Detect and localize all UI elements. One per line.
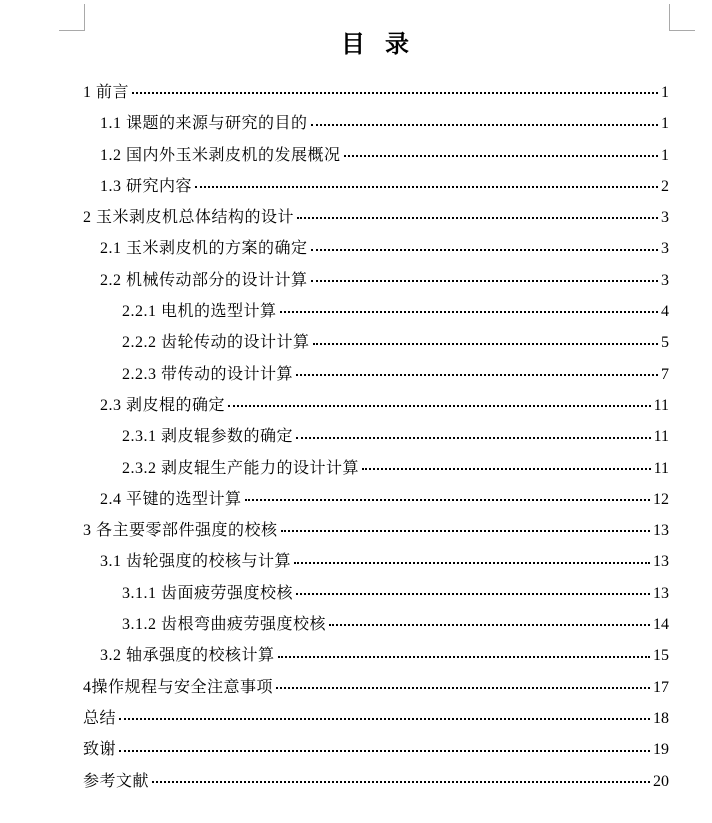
toc-page-number: 11 [654,390,669,421]
toc-entry[interactable]: 1 前言1 [83,77,669,108]
toc-page-number: 3 [661,202,669,233]
toc-page-number: 15 [653,640,669,671]
toc-entry[interactable]: 3.1 齿轮强度的校核与计算13 [83,546,669,577]
toc-page-number: 13 [653,546,669,577]
toc-dot-leader [344,140,658,157]
toc-entry[interactable]: 致谢19 [83,734,669,765]
toc-entry-label: 3.2 轴承强度的校核计算 [100,640,275,671]
toc-entry[interactable]: 2.3.2 剥皮辊生产能力的设计计算11 [83,453,669,484]
toc-entry-label: 4操作规程与安全注意事项 [83,672,273,703]
toc-dot-leader [119,703,650,720]
toc-dot-leader [311,265,658,282]
toc-page-number: 3 [661,265,669,296]
document-page: 目 录 1 前言11.1 课题的来源与研究的目的11.2 国内外玉米剥皮机的发展… [0,0,712,823]
toc-list: 1 前言11.1 课题的来源与研究的目的11.2 国内外玉米剥皮机的发展概况11… [83,77,669,797]
toc-dot-leader [297,202,658,219]
toc-dot-leader [228,390,651,407]
toc-entry-label: 3.1.1 齿面疲劳强度校核 [122,578,293,609]
toc-entry[interactable]: 2.2.3 带传动的设计计算7 [83,359,669,390]
toc-dot-leader [276,672,650,689]
toc-dot-leader [278,640,650,657]
toc-entry[interactable]: 2.2.2 齿轮传动的设计计算5 [83,327,669,358]
toc-entry[interactable]: 2.1 玉米剥皮机的方案的确定3 [83,233,669,264]
toc-page-number: 13 [653,515,669,546]
toc-entry[interactable]: 2.2.1 电机的选型计算4 [83,296,669,327]
toc-entry-label: 2.2 机械传动部分的设计计算 [100,265,308,296]
margin-crop-mark-top-left [59,4,85,31]
toc-dot-leader [296,359,658,376]
toc-page-number: 2 [661,171,669,202]
toc-entry-label: 2.3.1 剥皮辊参数的确定 [122,421,293,452]
toc-entry-label: 2.2.1 电机的选型计算 [122,296,277,327]
toc-entry-label: 致谢 [83,734,116,765]
toc-entry[interactable]: 2.3.1 剥皮辊参数的确定11 [83,421,669,452]
toc-dot-leader [119,734,650,751]
toc-entry-label: 总结 [83,703,116,734]
toc-entry[interactable]: 1.3 研究内容2 [83,171,669,202]
toc-entry-label: 2.3.2 剥皮辊生产能力的设计计算 [122,453,359,484]
margin-crop-mark-top-right [669,4,695,31]
toc-entry-label: 1.3 研究内容 [100,171,192,202]
toc-entry[interactable]: 参考文献20 [83,766,669,797]
toc-dot-leader [296,578,650,595]
toc-page-number: 1 [661,77,669,108]
toc-page-number: 18 [653,703,669,734]
toc-entry[interactable]: 2.2 机械传动部分的设计计算3 [83,265,669,296]
toc-page-number: 5 [661,327,669,358]
toc-page-number: 4 [661,296,669,327]
toc-entry[interactable]: 2.3 剥皮棍的确定11 [83,390,669,421]
toc-entry-label: 2 玉米剥皮机总体结构的设计 [83,202,294,233]
toc-title: 目 录 [0,0,712,58]
toc-page-number: 20 [653,766,669,797]
toc-dot-leader [329,609,650,626]
toc-page-number: 17 [653,672,669,703]
toc-entry-label: 2.4 平键的选型计算 [100,484,242,515]
toc-entry-label: 1.2 国内外玉米剥皮机的发展概况 [100,140,341,171]
toc-entry[interactable]: 总结18 [83,703,669,734]
toc-dot-leader [245,484,650,501]
toc-page-number: 19 [653,734,669,765]
toc-entry[interactable]: 2 玉米剥皮机总体结构的设计3 [83,202,669,233]
toc-page-number: 3 [661,233,669,264]
toc-entry[interactable]: 3.2 轴承强度的校核计算15 [83,640,669,671]
toc-entry-label: 2.2.3 带传动的设计计算 [122,359,293,390]
toc-page-number: 1 [661,108,669,139]
toc-entry[interactable]: 1.2 国内外玉米剥皮机的发展概况1 [83,140,669,171]
toc-dot-leader [311,108,658,125]
toc-entry[interactable]: 4操作规程与安全注意事项17 [83,672,669,703]
toc-page-number: 11 [654,421,669,452]
toc-entry-label: 3 各主要零部件强度的校核 [83,515,278,546]
toc-entry-label: 2.3 剥皮棍的确定 [100,390,225,421]
toc-page-number: 11 [654,453,669,484]
toc-dot-leader [311,233,658,250]
toc-entry[interactable]: 3 各主要零部件强度的校核13 [83,515,669,546]
toc-entry[interactable]: 1.1 课题的来源与研究的目的1 [83,108,669,139]
toc-page-number: 12 [653,484,669,515]
toc-dot-leader [281,515,650,532]
toc-entry-label: 1 前言 [83,77,129,108]
toc-entry-label: 3.1.2 齿根弯曲疲劳强度校核 [122,609,326,640]
toc-entry-label: 参考文献 [83,766,149,797]
toc-entry[interactable]: 3.1.1 齿面疲劳强度校核13 [83,578,669,609]
toc-entry-label: 1.1 课题的来源与研究的目的 [100,108,308,139]
toc-entry[interactable]: 3.1.2 齿根弯曲疲劳强度校核14 [83,609,669,640]
toc-dot-leader [132,77,658,94]
toc-page-number: 1 [661,140,669,171]
toc-page-number: 7 [661,359,669,390]
toc-dot-leader [294,546,650,563]
toc-page-number: 14 [653,609,669,640]
toc-dot-leader [280,296,658,313]
toc-dot-leader [313,327,658,344]
toc-dot-leader [195,171,658,188]
toc-entry-label: 2.1 玉米剥皮机的方案的确定 [100,233,308,264]
toc-page-number: 13 [653,578,669,609]
toc-dot-leader [362,453,651,470]
toc-dot-leader [152,766,650,783]
toc-entry-label: 2.2.2 齿轮传动的设计计算 [122,327,310,358]
toc-entry[interactable]: 2.4 平键的选型计算12 [83,484,669,515]
toc-entry-label: 3.1 齿轮强度的校核与计算 [100,546,291,577]
toc-dot-leader [296,421,651,438]
